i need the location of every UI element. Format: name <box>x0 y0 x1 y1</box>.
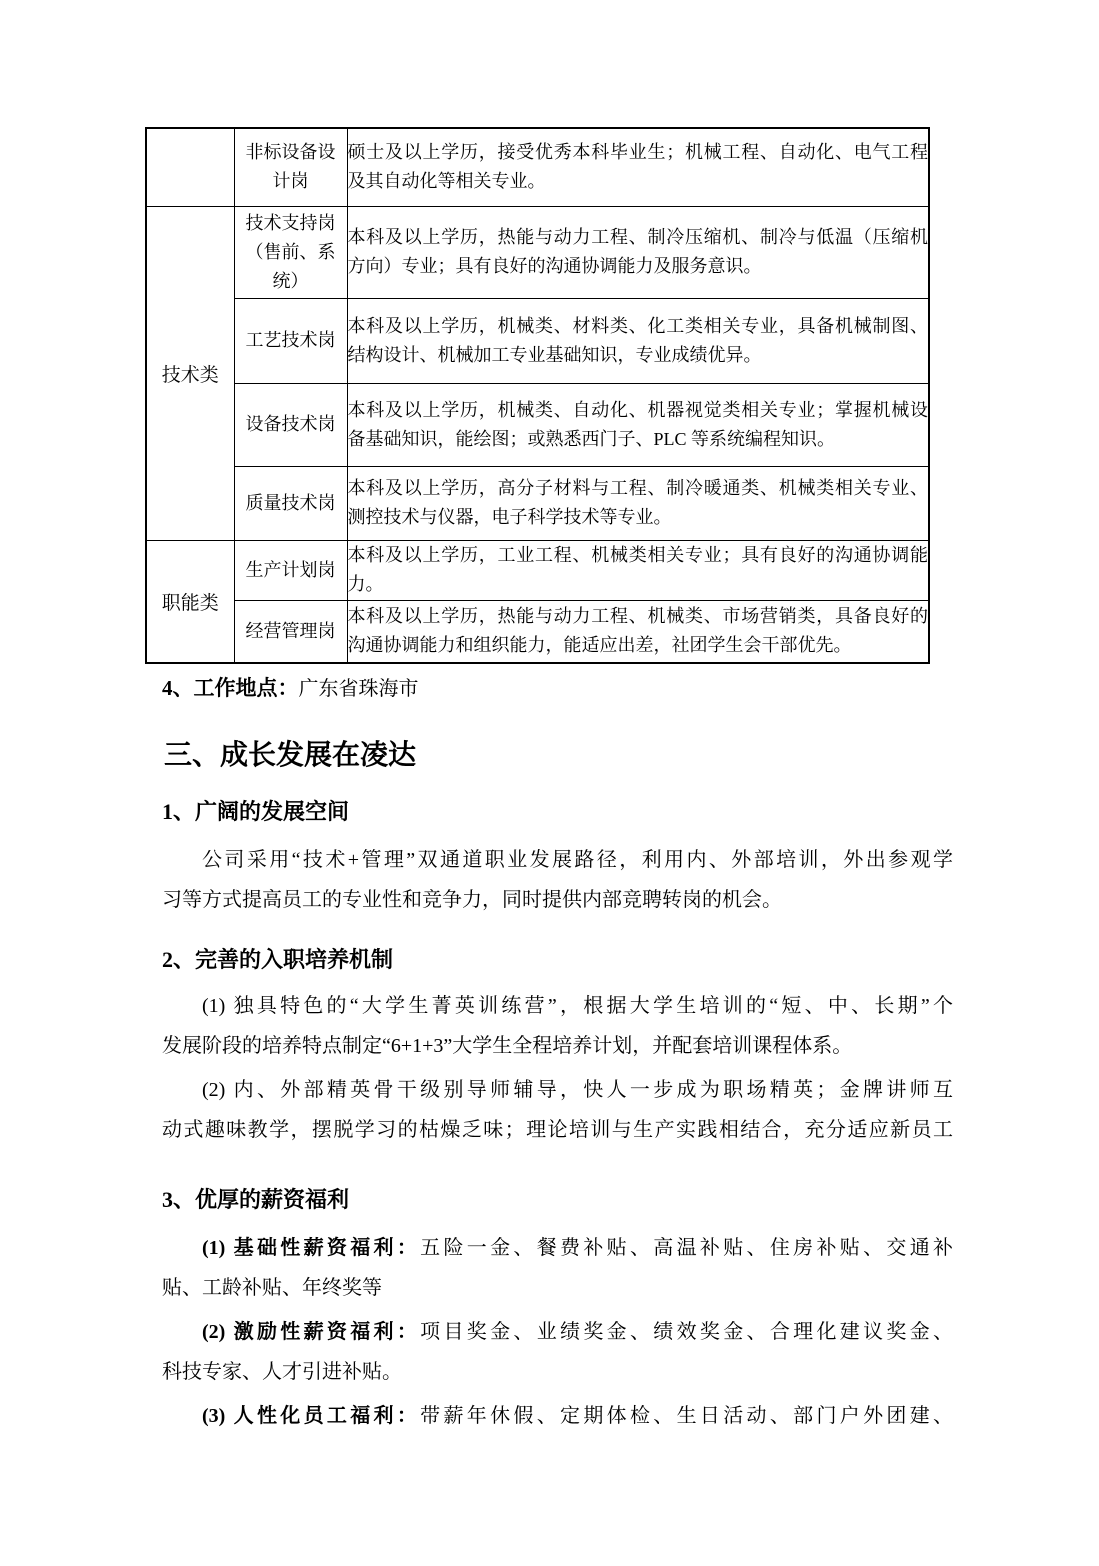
text-line: 习等方式提高员工的专业性和竞争力，同时提供内部竞聘转岗的机会。 <box>162 880 953 920</box>
requirement-cell: 硕士及以上学历，接受优秀本科毕业生；机械工程、自动化、电气工程 及其自动化等相关… <box>347 128 929 206</box>
position-name-line: 非标设备设 <box>235 138 347 167</box>
position-name-line: 工艺技术岗 <box>235 326 347 355</box>
position-name-line: 经营管理岗 <box>235 617 347 646</box>
requirement-line: 本科及以上学历，热能与动力工程、机械类、市场营销类，具备良好的 <box>348 602 929 631</box>
text-line: (1) 独具特色的“大学生菁英训练营”，根据大学生培训的“短、中、长期”个 <box>162 986 953 1026</box>
requirement-line: 本科及以上学历，高分子材料与工程、制冷暖通类、机械类相关专业、 <box>348 474 929 503</box>
position-name-line: 设备技术岗 <box>235 410 347 439</box>
requirement-line: 硕士及以上学历，接受优秀本科毕业生；机械工程、自动化、电气工程 <box>348 138 929 167</box>
requirement-cell: 本科及以上学历，机械类、材料类、化工类相关专业，具备机械制图、 结构设计、机械加… <box>347 298 929 383</box>
text-line: (3) 人性化员工福利：带薪年休假、定期体检、生日活动、部门户外团建、 <box>162 1396 953 1436</box>
requirement-line: 结构设计、机械加工专业基础知识，专业成绩优异。 <box>348 341 929 370</box>
requirement-cell: 本科及以上学历，热能与动力工程、机械类、市场营销类，具备良好的 沟通协调能力和组… <box>347 600 929 663</box>
position-name-line: （售前、系 <box>235 238 347 267</box>
table-row: 设备技术岗 本科及以上学历，机械类、自动化、机器视觉类相关专业；掌握机械设 备基… <box>146 383 929 466</box>
text-line: (2) 激励性薪资福利：项目奖金、业绩奖金、绩效奖金、合理化建议奖金、 <box>162 1312 953 1352</box>
benefit-item-incentive: (2) 激励性薪资福利：项目奖金、业绩奖金、绩效奖金、合理化建议奖金、 科技专家… <box>162 1312 953 1392</box>
benefit-label: (2) 激励性薪资福利： <box>202 1321 420 1343</box>
position-name-line: 统） <box>235 267 347 296</box>
requirement-line: 本科及以上学历，热能与动力工程、制冷压缩机、制冷与低温（压缩机 <box>348 223 929 252</box>
benefit-text: 项目奖金、业绩奖金、绩效奖金、合理化建议奖金、 <box>420 1321 953 1343</box>
requirement-line: 本科及以上学历，机械类、自动化、机器视觉类相关专业；掌握机械设 <box>348 396 929 425</box>
requirement-line: 本科及以上学历，工业工程、机械类相关专业；具有良好的沟通协调能 <box>348 541 929 570</box>
category-cell-functional: 职能类 <box>146 540 234 663</box>
positions-table: 非标设备设 计岗 硕士及以上学历，接受优秀本科毕业生；机械工程、自动化、电气工程… <box>145 127 930 664</box>
position-name-line: 质量技术岗 <box>235 489 347 518</box>
benefit-text: 五险一金、餐费补贴、高温补贴、住房补贴、交通补 <box>420 1237 953 1259</box>
position-cell: 非标设备设 计岗 <box>234 128 347 206</box>
position-cell: 设备技术岗 <box>234 383 347 466</box>
benefit-item-welfare: (3) 人性化员工福利：带薪年休假、定期体检、生日活动、部门户外团建、 <box>162 1396 953 1436</box>
work-location-label: 4、工作地点： <box>162 676 299 700</box>
position-cell: 技术支持岗 （售前、系 统） <box>234 206 347 298</box>
chapter-heading: 三、成长发展在凌达 <box>164 738 953 774</box>
section-heading-benefits: 3、优厚的薪资福利 <box>162 1186 953 1214</box>
table-row: 技术类 技术支持岗 （售前、系 统） 本科及以上学历，热能与动力工程、制冷压缩机… <box>146 206 929 298</box>
requirement-line: 备基础知识，能绘图；或熟悉西门子、PLC 等系统编程知识。 <box>348 425 929 454</box>
text-line: 公司采用“技术+管理”双通道职业发展路径，利用内、外部培训，外出参观学 <box>162 840 953 880</box>
benefit-text: 带薪年休假、定期体检、生日活动、部门户外团建、 <box>420 1405 953 1427</box>
position-name-line: 计岗 <box>235 167 347 196</box>
section-heading-development: 1、广阔的发展空间 <box>162 798 953 826</box>
requirement-cell: 本科及以上学历，工业工程、机械类相关专业；具有良好的沟通协调能 力。 <box>347 540 929 600</box>
text-line: (1) 基础性薪资福利：五险一金、餐费补贴、高温补贴、住房补贴、交通补 <box>162 1228 953 1268</box>
text-line: (2) 内、外部精英骨干级别导师辅导，快人一步成为职场精英；金牌讲师互 <box>162 1070 953 1110</box>
table-row: 非标设备设 计岗 硕士及以上学历，接受优秀本科毕业生；机械工程、自动化、电气工程… <box>146 128 929 206</box>
benefit-item-basic: (1) 基础性薪资福利：五险一金、餐费补贴、高温补贴、住房补贴、交通补 贴、工龄… <box>162 1228 953 1308</box>
category-cell-empty <box>146 128 234 206</box>
benefit-label: (3) 人性化员工福利： <box>202 1405 420 1427</box>
requirement-line: 力。 <box>348 570 929 599</box>
text-line: 动式趣味教学，摆脱学习的枯燥乏味；理论培训与生产实践相结合，充分适应新员工 <box>162 1110 953 1150</box>
text-column: 4、工作地点：广东省珠海市 三、成长发展在凌达 1、广阔的发展空间 公司采用“技… <box>162 661 953 1436</box>
table-row: 质量技术岗 本科及以上学历，高分子材料与工程、制冷暖通类、机械类相关专业、 测控… <box>146 466 929 540</box>
position-cell: 质量技术岗 <box>234 466 347 540</box>
requirement-line: 及其自动化等相关专业。 <box>348 167 929 196</box>
paragraph: (1) 独具特色的“大学生菁英训练营”，根据大学生培训的“短、中、长期”个 发展… <box>162 986 953 1066</box>
section-heading-training: 2、完善的入职培养机制 <box>162 946 953 974</box>
category-cell-tech: 技术类 <box>146 206 234 540</box>
text-line: 发展阶段的培养特点制定“6+1+3”大学生全程培养计划，并配套培训课程体系。 <box>162 1026 953 1066</box>
position-name-line: 生产计划岗 <box>235 556 347 585</box>
paragraph: 公司采用“技术+管理”双通道职业发展路径，利用内、外部培训，外出参观学 习等方式… <box>162 840 953 920</box>
work-location-value: 广东省珠海市 <box>299 678 419 700</box>
table-row: 职能类 生产计划岗 本科及以上学历，工业工程、机械类相关专业；具有良好的沟通协调… <box>146 540 929 600</box>
paragraph: (2) 内、外部精英骨干级别导师辅导，快人一步成为职场精英；金牌讲师互 动式趣味… <box>162 1070 953 1150</box>
document-page: 非标设备设 计岗 硕士及以上学历，接受优秀本科毕业生；机械工程、自动化、电气工程… <box>0 0 1099 1566</box>
position-cell: 工艺技术岗 <box>234 298 347 383</box>
benefit-label: (1) 基础性薪资福利： <box>202 1237 420 1259</box>
requirement-cell: 本科及以上学历，热能与动力工程、制冷压缩机、制冷与低温（压缩机 方向）专业；具有… <box>347 206 929 298</box>
table-row: 工艺技术岗 本科及以上学历，机械类、材料类、化工类相关专业，具备机械制图、 结构… <box>146 298 929 383</box>
position-cell: 生产计划岗 <box>234 540 347 600</box>
text-line: 贴、工龄补贴、年终奖等 <box>162 1268 953 1308</box>
position-cell: 经营管理岗 <box>234 600 347 663</box>
work-location-line: 4、工作地点：广东省珠海市 <box>162 673 953 704</box>
requirement-line: 方向）专业；具有良好的沟通协调能力及服务意识。 <box>348 252 929 281</box>
text-line: 科技专家、人才引进补贴。 <box>162 1352 953 1392</box>
position-name-line: 技术支持岗 <box>235 209 347 238</box>
requirement-cell: 本科及以上学历，机械类、自动化、机器视觉类相关专业；掌握机械设 备基础知识，能绘… <box>347 383 929 466</box>
requirement-line: 沟通协调能力和组织能力，能适应出差，社团学生会干部优先。 <box>348 631 929 660</box>
table-row: 经营管理岗 本科及以上学历，热能与动力工程、机械类、市场营销类，具备良好的 沟通… <box>146 600 929 663</box>
requirement-cell: 本科及以上学历，高分子材料与工程、制冷暖通类、机械类相关专业、 测控技术与仪器，… <box>347 466 929 540</box>
requirement-line: 本科及以上学历，机械类、材料类、化工类相关专业，具备机械制图、 <box>348 312 929 341</box>
requirement-line: 测控技术与仪器，电子科学技术等专业。 <box>348 503 929 532</box>
